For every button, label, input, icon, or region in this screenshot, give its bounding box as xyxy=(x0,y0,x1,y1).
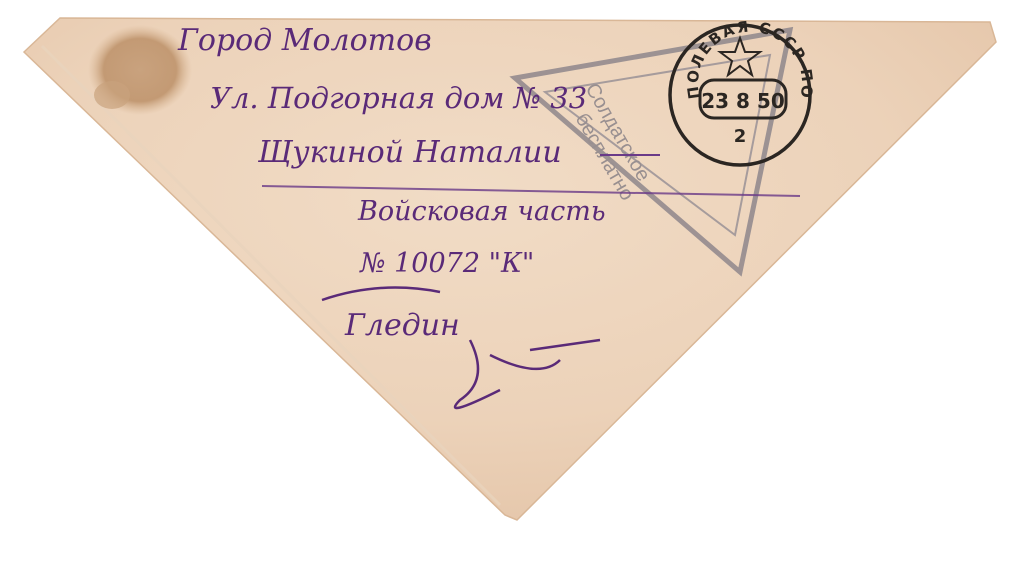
address-line-street: Ул. Подгорная дом № 33 xyxy=(210,81,587,115)
postmark-number: 2 xyxy=(734,126,747,147)
letter-photo: Солдатское бесплатно ПОЛЕВАЯ СССР ПОЧТА … xyxy=(0,0,1024,567)
water-stain-small xyxy=(94,81,130,109)
address-line-city: Город Молотов xyxy=(177,23,432,58)
address-line-name: Щукиной Наталии xyxy=(257,135,562,170)
postmark-date: 23 8 50 xyxy=(701,89,785,113)
sender-line-number: № 10072 "К" xyxy=(359,248,534,279)
sender-line-name: Гледин xyxy=(344,308,460,343)
sender-line-unit: Войсковая часть xyxy=(357,196,606,227)
